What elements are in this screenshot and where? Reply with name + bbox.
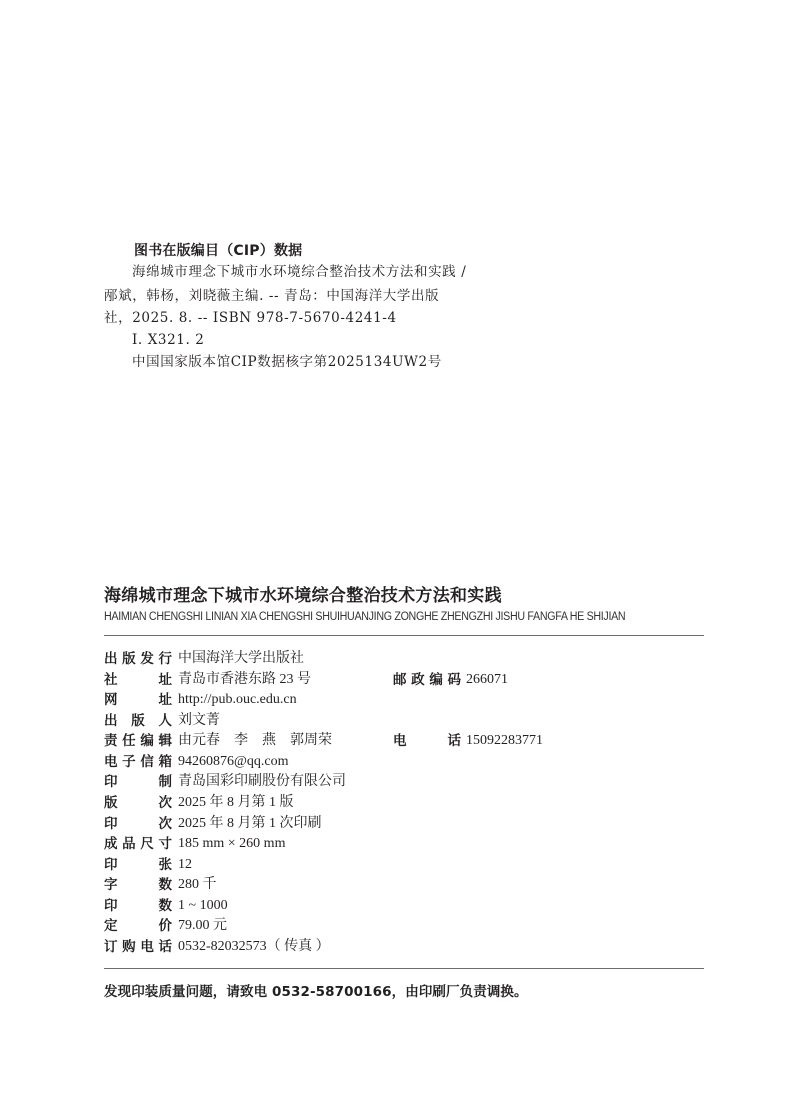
detail-label-char: 邮 xyxy=(393,670,407,690)
detail-label-char: 码 xyxy=(447,670,461,690)
detail-label: 成品尺寸 xyxy=(104,834,172,854)
detail-value: 1 ~ 1000 xyxy=(178,896,228,916)
detail-label-char: 品 xyxy=(122,834,136,854)
detail-label-char: 寸 xyxy=(158,834,172,854)
detail-right-value: 15092283771 xyxy=(466,731,543,751)
detail-label-char: 任 xyxy=(122,731,136,751)
detail-label-char: 购 xyxy=(122,937,136,957)
cip-heading: 图书在版编目（CIP）数据 xyxy=(134,241,302,261)
detail-label-char: 子 xyxy=(122,752,136,772)
detail-label-char: 电 xyxy=(393,731,407,751)
book-title: 海绵城市理念下城市水环境综合整治技术方法和实践 xyxy=(104,585,502,607)
detail-label-char: 编 xyxy=(140,731,154,751)
detail-label-char: 数 xyxy=(159,875,173,895)
detail-value: 刘文菁 xyxy=(178,711,220,731)
detail-label-char: 出 xyxy=(104,649,118,669)
detail-label-char: 电 xyxy=(104,752,118,772)
detail-value: 青岛市香港东路 23 号 xyxy=(178,670,311,690)
detail-label: 印数 xyxy=(104,896,172,916)
detail-value: 中国海洋大学出版社 xyxy=(178,649,304,669)
detail-label: 定价 xyxy=(104,916,172,936)
book-title-pinyin: HAIMIAN CHENGSHI LINIAN XIA CHENGSHI SHU… xyxy=(104,609,625,625)
detail-label: 网址 xyxy=(104,690,172,710)
cip-line-isbn: 社，2025. 8. -- ISBN 978-7-5670-4241-4 xyxy=(104,308,397,328)
detail-label-char: 话 xyxy=(448,731,462,751)
detail-value: 12 xyxy=(178,855,192,875)
detail-label-char: 订 xyxy=(104,937,118,957)
detail-label-char: 网 xyxy=(104,690,118,710)
cip-line-title: 海绵城市理念下城市水环境综合整治技术方法和实践 / xyxy=(132,262,466,282)
detail-right-value: 266071 xyxy=(466,670,508,690)
detail-label-char: 字 xyxy=(104,875,118,895)
detail-label-char: 制 xyxy=(159,772,173,792)
detail-right-label: 邮政编码 xyxy=(393,670,461,690)
detail-label-char: 印 xyxy=(104,814,118,834)
detail-label-char: 信 xyxy=(140,752,154,772)
detail-value: 185 mm × 260 mm xyxy=(178,834,285,854)
detail-label-char: 版 xyxy=(131,711,145,731)
detail-label-char: 次 xyxy=(159,814,173,834)
detail-label: 版次 xyxy=(104,793,172,813)
detail-label-char: 印 xyxy=(104,855,118,875)
detail-label: 印制 xyxy=(104,772,172,792)
quality-notice: 发现印装质量问题，请致电 0532-58700166，由印刷厂负责调换。 xyxy=(104,982,528,1002)
detail-label-char: 责 xyxy=(104,731,118,751)
detail-label-char: 版 xyxy=(122,649,136,669)
detail-label-char: 张 xyxy=(159,855,173,875)
cip-line-classification: Ⅰ. X321. 2 xyxy=(132,330,204,350)
detail-label-char: 成 xyxy=(104,834,118,854)
detail-value: http://pub.ouc.edu.cn xyxy=(178,690,297,710)
detail-label-char: 辑 xyxy=(158,731,172,751)
detail-label-char: 编 xyxy=(429,670,443,690)
detail-label-char: 价 xyxy=(159,916,173,936)
detail-label: 印次 xyxy=(104,814,172,834)
top-divider xyxy=(104,635,704,636)
detail-label-char: 版 xyxy=(104,793,118,813)
detail-label-char: 话 xyxy=(158,937,172,957)
detail-label: 社址 xyxy=(104,670,172,690)
detail-value: 2025 年 8 月第 1 版 xyxy=(178,793,294,813)
detail-value: 280 千 xyxy=(178,875,217,895)
detail-label-char: 次 xyxy=(159,793,173,813)
detail-value: 79.00 元 xyxy=(178,916,227,936)
detail-value: 青岛国彩印刷股份有限公司 xyxy=(178,772,346,792)
detail-label-char: 印 xyxy=(104,896,118,916)
detail-label-char: 箱 xyxy=(158,752,172,772)
detail-label: 订购电话 xyxy=(104,937,172,957)
detail-label-char: 址 xyxy=(159,670,173,690)
detail-label-char: 电 xyxy=(140,937,154,957)
detail-label-char: 发 xyxy=(140,649,154,669)
detail-label-char: 政 xyxy=(411,670,425,690)
detail-label-char: 址 xyxy=(159,690,173,710)
detail-label: 出版人 xyxy=(104,711,172,731)
detail-label-char: 社 xyxy=(104,670,118,690)
detail-label: 印张 xyxy=(104,855,172,875)
detail-value: 0532-82032573（ 传真 ） xyxy=(178,937,330,957)
detail-label-char: 定 xyxy=(104,916,118,936)
bottom-divider xyxy=(104,968,704,969)
cip-line-record-number: 中国国家版本馆CIP数据核字第2025134UW2号 xyxy=(132,352,442,372)
detail-label: 出版发行 xyxy=(104,649,172,669)
detail-label: 电子信箱 xyxy=(104,752,172,772)
detail-label-char: 印 xyxy=(104,772,118,792)
detail-label-char: 人 xyxy=(159,711,173,731)
detail-value: 2025 年 8 月第 1 次印刷 xyxy=(178,814,322,834)
detail-label-char: 出 xyxy=(104,711,118,731)
detail-label-char: 行 xyxy=(158,649,172,669)
detail-value: 94260876@qq.com xyxy=(178,752,289,772)
detail-label-char: 尺 xyxy=(140,834,154,854)
detail-right-label: 电话 xyxy=(393,731,461,751)
cip-line-authors: 邴斌，韩杨，刘晓薇主编. -- 青岛：中国海洋大学出版 xyxy=(104,286,439,306)
detail-label: 字数 xyxy=(104,875,172,895)
detail-value: 由元春 李 燕 郭周荣 xyxy=(178,731,332,751)
detail-label-char: 数 xyxy=(159,896,173,916)
detail-label: 责任编辑 xyxy=(104,731,172,751)
